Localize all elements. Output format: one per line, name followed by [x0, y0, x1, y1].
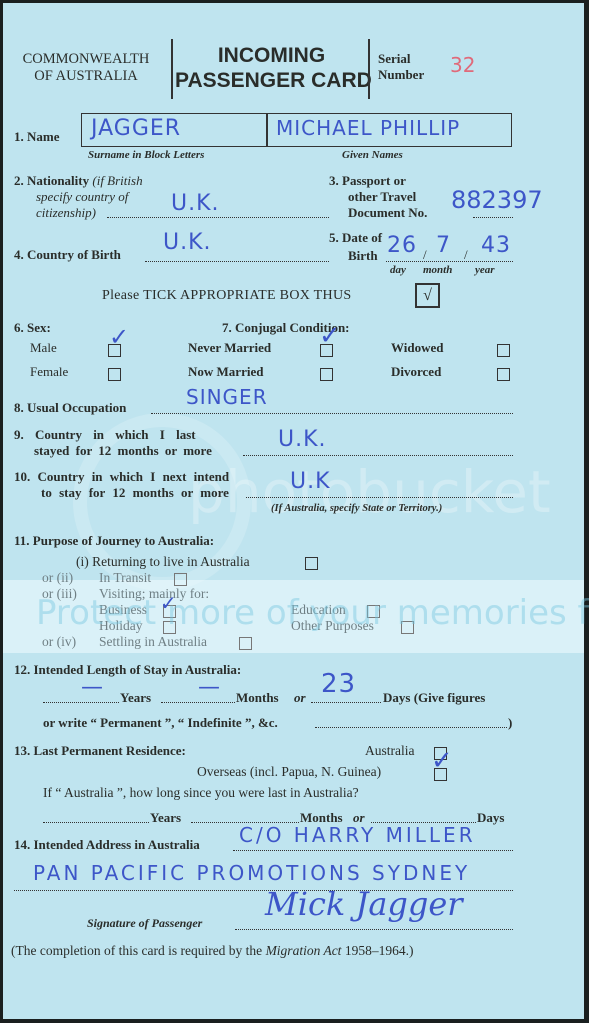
- serial-label: Serial Number: [378, 51, 424, 83]
- passport-dots: [473, 217, 513, 218]
- header-divider-left: [171, 39, 173, 99]
- dob-year-caption: year: [475, 264, 495, 276]
- occupation-label: 8. Usual Occupation: [14, 400, 126, 416]
- serial-label-line1: Serial: [378, 51, 424, 67]
- nationality-field[interactable]: U.K.: [171, 191, 220, 216]
- given-names-caption: Given Names: [342, 149, 403, 161]
- signature-dots: [235, 929, 513, 930]
- issuer-line1: COMMONWEALTH: [16, 51, 156, 68]
- purpose-transit-prefix: or (ii): [42, 570, 73, 586]
- residence-years-label: Years: [150, 810, 181, 826]
- dob-label-line1: 5. Date of: [329, 229, 382, 247]
- title-line2: PASSENGER CARD: [175, 68, 368, 93]
- purpose-returning-label: (i) Returning to live in Australia: [76, 554, 250, 570]
- nationality-label-line2: specify country of: [14, 189, 143, 205]
- dob-slash-1: /: [423, 247, 427, 263]
- residence-days-label: Days: [477, 810, 504, 826]
- nationality-label-line3: citizenship): [14, 205, 143, 221]
- conjugal-divorced-checkbox[interactable]: [497, 368, 510, 381]
- watermark-logo-text: photobucket: [188, 458, 551, 526]
- passport-label-line3: Document No.: [329, 205, 427, 221]
- passport-label-line2: other Travel: [329, 189, 427, 205]
- purpose-settling-prefix: or (iv): [42, 634, 76, 650]
- dob-slash-2: /: [464, 247, 468, 263]
- next-country-dots: [246, 497, 513, 498]
- last-country-label: 9. Country in which I last stayed for 12…: [14, 427, 212, 459]
- purpose-settling-label: Settling in Australia: [99, 634, 207, 650]
- last-country-label-line2: stayed for 12 months or more: [14, 443, 212, 459]
- issuer: COMMONWEALTH OF AUSTRALIA: [16, 51, 156, 85]
- title-line1: INCOMING: [175, 43, 368, 68]
- dob-label-line2: Birth: [329, 247, 382, 265]
- country-of-birth-field[interactable]: U.K.: [163, 230, 212, 255]
- conjugal-widowed-label: Widowed: [391, 340, 444, 356]
- passport-field[interactable]: 882397: [451, 186, 543, 214]
- footer-text-before: (The completion of this card is required…: [11, 943, 262, 958]
- page-title: INCOMING PASSENGER CARD: [175, 43, 368, 93]
- sex-label: 6. Sex:: [14, 320, 51, 336]
- conjugal-divorced-label: Divorced: [391, 364, 441, 380]
- passenger-card: photobucket COMMONWEALTH OF AUSTRALIA IN…: [3, 3, 584, 1019]
- serial-number[interactable]: 32: [450, 53, 475, 77]
- conjugal-never-married-label: Never Married: [188, 340, 271, 356]
- last-residence-label: 13. Last Permanent Residence:: [14, 743, 186, 759]
- stay-line2-label: or write “ Permanent ”, “ Indefinite ”, …: [43, 715, 278, 731]
- name-box-divider: [266, 114, 268, 147]
- sex-female-checkbox[interactable]: [108, 368, 121, 381]
- passport-label-line1: 3. Passport or: [329, 173, 427, 189]
- next-country-note: (If Australia, specify State or Territor…: [271, 503, 442, 514]
- purpose-transit-label: In Transit: [99, 570, 151, 586]
- surname-caption: Surname in Block Letters: [88, 149, 204, 161]
- footer-note: (The completion of this card is required…: [11, 943, 413, 959]
- dob-dots: [386, 261, 513, 262]
- conjugal-never-married-checkmark-icon: ✓: [319, 323, 341, 349]
- last-residence-overseas-checkmark-icon: ✓: [431, 748, 453, 774]
- purpose-label: 11. Purpose of Journey to Australia:: [14, 533, 214, 549]
- last-country-dots: [243, 455, 513, 456]
- nationality-label-italic: (if British: [92, 173, 142, 188]
- sex-male-checkmark-icon: ✓: [109, 325, 129, 349]
- stay-days-dots: [311, 702, 381, 703]
- stay-months-field[interactable]: —: [198, 675, 221, 700]
- purpose-returning-checkbox[interactable]: [305, 557, 318, 570]
- tick-instruction: Please TICK APPROPRIATE BOX THUS: [102, 288, 351, 304]
- address-line2-field[interactable]: PAN PACIFIC PROMOTIONS SYDNEY: [33, 861, 470, 885]
- residence-years-dots: [43, 822, 149, 823]
- name-label: 1. Name: [14, 129, 60, 145]
- address-label: 14. Intended Address in Australia: [14, 837, 200, 853]
- footer-text-after: 1958–1964.): [345, 943, 414, 958]
- nationality-label-line1: 2. Nationality: [14, 173, 89, 188]
- stay-line2-dots: [315, 727, 507, 728]
- address-line1-dots: [233, 850, 513, 851]
- footer-act-name: Migration Act: [266, 943, 342, 958]
- nationality-label: 2. Nationality (if British specify count…: [14, 173, 143, 221]
- header-divider-right: [368, 39, 370, 99]
- stay-years-dots: [43, 702, 119, 703]
- dob-day-caption: day: [390, 264, 406, 276]
- stay-years-label: Years: [120, 690, 151, 706]
- stay-days-label: Days (Give figures: [383, 690, 485, 706]
- tick-example-box: √: [415, 283, 440, 308]
- stay-months-dots: [161, 702, 235, 703]
- country-of-birth-dots: [145, 261, 329, 262]
- date-of-birth-label: 5. Date of Birth: [329, 229, 382, 265]
- last-residence-overseas-label: Overseas (incl. Papua, N. Guinea): [197, 764, 381, 780]
- sex-option-female-label: Female: [30, 364, 68, 380]
- stay-months-label: Months: [236, 690, 279, 706]
- purpose-settling-checkbox[interactable]: [239, 637, 252, 650]
- serial-label-line2: Number: [378, 67, 424, 83]
- purpose-transit-checkbox[interactable]: [174, 573, 187, 586]
- last-residence-question: If “ Australia ”, how long since you wer…: [43, 785, 359, 801]
- next-country-label-line2: to stay for 12 months or more: [14, 485, 229, 501]
- next-country-label: 10. Country in which I next intend to st…: [14, 469, 229, 501]
- dob-month-field[interactable]: 7: [436, 233, 451, 258]
- signature-field[interactable]: Mick Jagger: [265, 885, 463, 923]
- address-line1-field[interactable]: C/O HARRY MILLER: [239, 823, 476, 847]
- conjugal-now-married-checkbox[interactable]: [320, 368, 333, 381]
- stay-or-label: or: [294, 690, 306, 706]
- occupation-dots: [151, 413, 513, 414]
- conjugal-widowed-checkbox[interactable]: [497, 344, 510, 357]
- last-residence-australia-label: Australia: [365, 743, 415, 759]
- nationality-dots: [107, 217, 329, 218]
- dob-month-caption: month: [423, 264, 452, 276]
- country-of-birth-label: 4. Country of Birth: [14, 247, 121, 263]
- next-country-label-line1: 10. Country in which I next intend: [14, 469, 229, 485]
- dob-day-field[interactable]: 26: [387, 233, 417, 258]
- conjugal-now-married-label: Now Married: [188, 364, 263, 380]
- last-country-label-line1: 9. Country in which I last: [14, 427, 212, 443]
- surname-field[interactable]: JAGGER: [91, 116, 181, 141]
- dob-year-field[interactable]: 43: [481, 233, 511, 258]
- sex-option-male-label: Male: [30, 340, 57, 356]
- watermark-tagline: Protect more of your memories for less!: [36, 593, 589, 633]
- last-country-field[interactable]: U.K.: [278, 427, 327, 452]
- issuer-line2: OF AUSTRALIA: [16, 68, 156, 85]
- occupation-field[interactable]: SINGER: [186, 385, 268, 409]
- stay-days-field[interactable]: 23: [321, 669, 356, 699]
- stay-years-field[interactable]: —: [81, 675, 104, 700]
- signature-label: Signature of Passenger: [87, 916, 202, 931]
- stay-line2-end: ): [508, 715, 512, 731]
- given-names-field[interactable]: MICHAEL PHILLIP: [276, 116, 460, 140]
- passport-label: 3. Passport or other Travel Document No.: [329, 173, 427, 221]
- next-country-field[interactable]: U.K: [290, 469, 331, 494]
